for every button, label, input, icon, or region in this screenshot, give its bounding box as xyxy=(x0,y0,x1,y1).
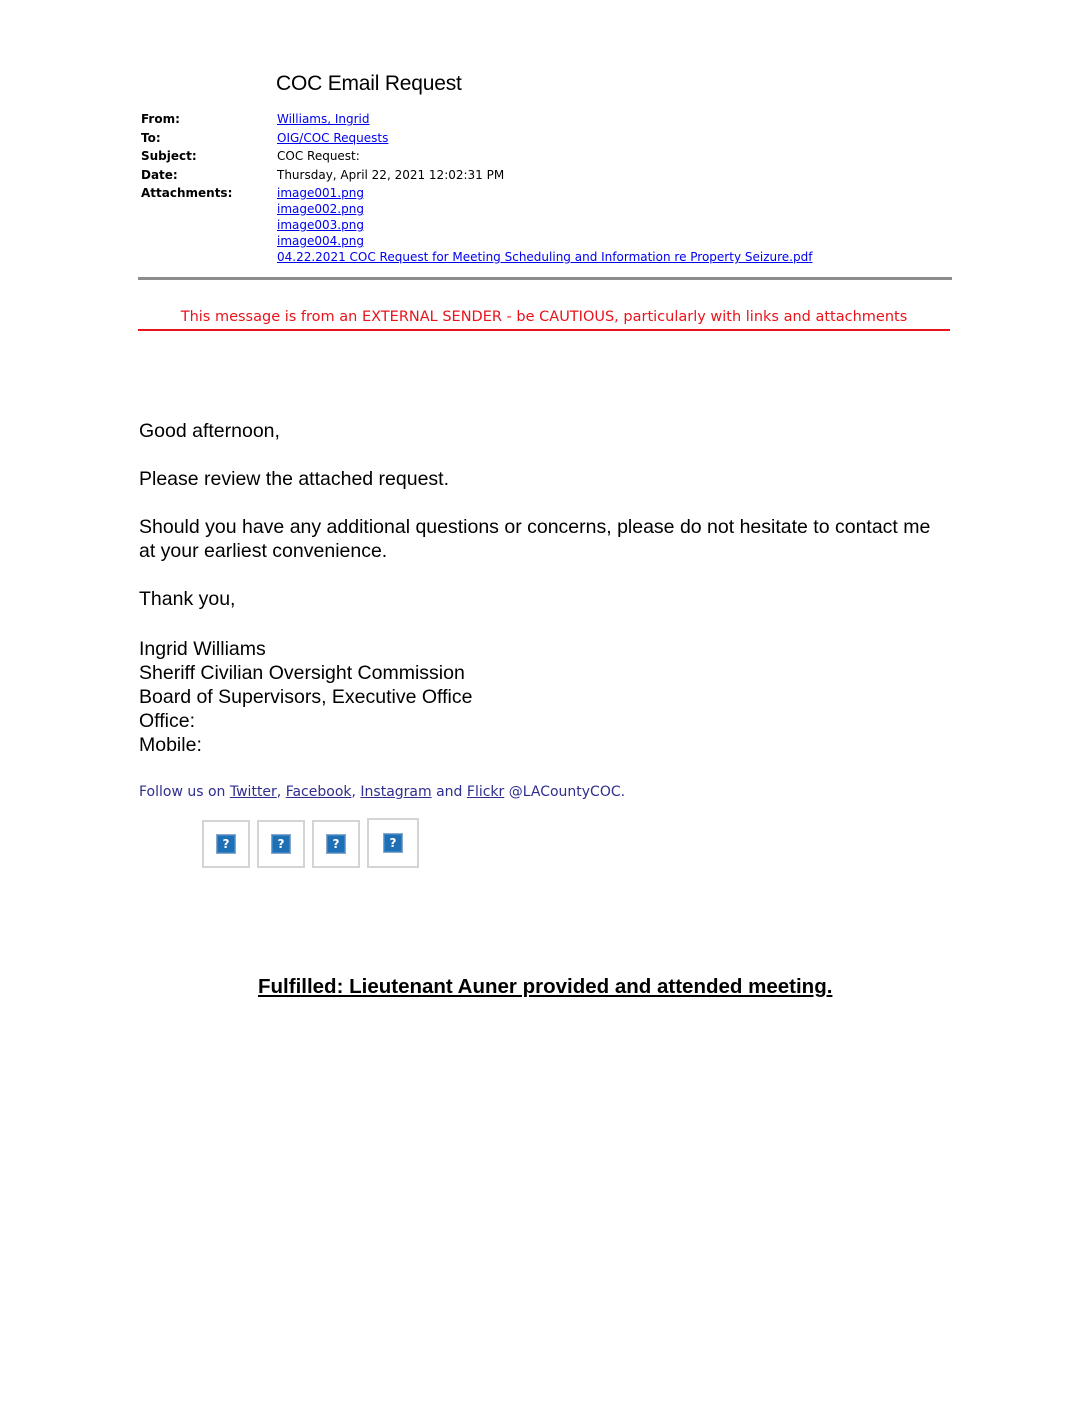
warning-underline xyxy=(138,329,950,331)
external-sender-warning: This message is from an EXTERNAL SENDER … xyxy=(138,309,950,325)
broken-image-icon: ? xyxy=(383,833,403,853)
subject-label: Subject: xyxy=(141,147,277,166)
closing: Thank you, xyxy=(139,587,939,611)
follow-prefix: Follow us on xyxy=(139,784,230,800)
broken-image-icon: ? xyxy=(326,834,346,854)
subject-value: COC Request: xyxy=(277,147,360,166)
signature-office-phone: Office: xyxy=(139,709,472,733)
attachments-list: image001.png image002.png image003.png i… xyxy=(277,185,812,265)
to-link[interactable]: OIG/COC Requests xyxy=(277,131,388,145)
subject-row: Subject: COC Request: xyxy=(141,147,812,166)
body-paragraph: Should you have any additional questions… xyxy=(139,515,939,563)
date-value: Thursday, April 22, 2021 12:02:31 PM xyxy=(277,166,504,185)
broken-image-icon: ? xyxy=(216,834,236,854)
flickr-link[interactable]: Flickr xyxy=(467,784,504,800)
facebook-link[interactable]: Facebook xyxy=(286,784,352,800)
page-title: COC Email Request xyxy=(276,72,462,96)
from-row: From: Williams, Ingrid xyxy=(141,110,812,129)
broken-image-icon: ? xyxy=(271,834,291,854)
attachment-link[interactable]: image001.png xyxy=(277,185,812,201)
social-icon-button[interactable]: ? xyxy=(367,818,419,868)
social-icon-button[interactable]: ? xyxy=(312,820,360,868)
date-label: Date: xyxy=(141,166,277,185)
greeting: Good afternoon, xyxy=(139,419,939,443)
twitter-link[interactable]: Twitter xyxy=(230,784,277,800)
body-paragraph: Please review the attached request. xyxy=(139,467,939,491)
signature-org: Sheriff Civilian Oversight Commission xyxy=(139,661,472,685)
date-row: Date: Thursday, April 22, 2021 12:02:31 … xyxy=(141,166,812,185)
to-label: To: xyxy=(141,129,277,148)
attachments-label: Attachments: xyxy=(141,184,277,265)
social-icon-button[interactable]: ? xyxy=(202,820,250,868)
signature-office: Board of Supervisors, Executive Office xyxy=(139,685,472,709)
attachment-link[interactable]: image004.png xyxy=(277,233,812,249)
signature-name: Ingrid Williams xyxy=(139,637,472,661)
signature-mobile-phone: Mobile: xyxy=(139,733,472,757)
separator: and xyxy=(432,784,467,800)
social-handle: @LACountyCOC. xyxy=(504,784,625,800)
social-icons-row: ? ? ? ? xyxy=(202,820,419,868)
fulfilled-status-note: Fulfilled: Lieutenant Auner provided and… xyxy=(258,975,832,999)
from-link[interactable]: Williams, Ingrid xyxy=(277,112,370,126)
instagram-link[interactable]: Instagram xyxy=(360,784,431,800)
follow-us-line: Follow us on Twitter, Facebook, Instagra… xyxy=(139,784,625,800)
attachments-row: Attachments: image001.png image002.png i… xyxy=(141,184,812,265)
from-label: From: xyxy=(141,110,277,129)
signature: Ingrid Williams Sheriff Civilian Oversig… xyxy=(139,637,472,757)
attachment-link[interactable]: image003.png xyxy=(277,217,812,233)
attachment-link[interactable]: image002.png xyxy=(277,201,812,217)
attachment-link-pdf[interactable]: 04.22.2021 COC Request for Meeting Sched… xyxy=(277,249,812,265)
header-divider xyxy=(138,277,952,280)
to-row: To: OIG/COC Requests xyxy=(141,129,812,148)
email-header: From: Williams, Ingrid To: OIG/COC Reque… xyxy=(141,110,812,265)
social-icon-button[interactable]: ? xyxy=(257,820,305,868)
separator: , xyxy=(277,784,286,800)
email-body: Good afternoon, Please review the attach… xyxy=(139,419,939,635)
